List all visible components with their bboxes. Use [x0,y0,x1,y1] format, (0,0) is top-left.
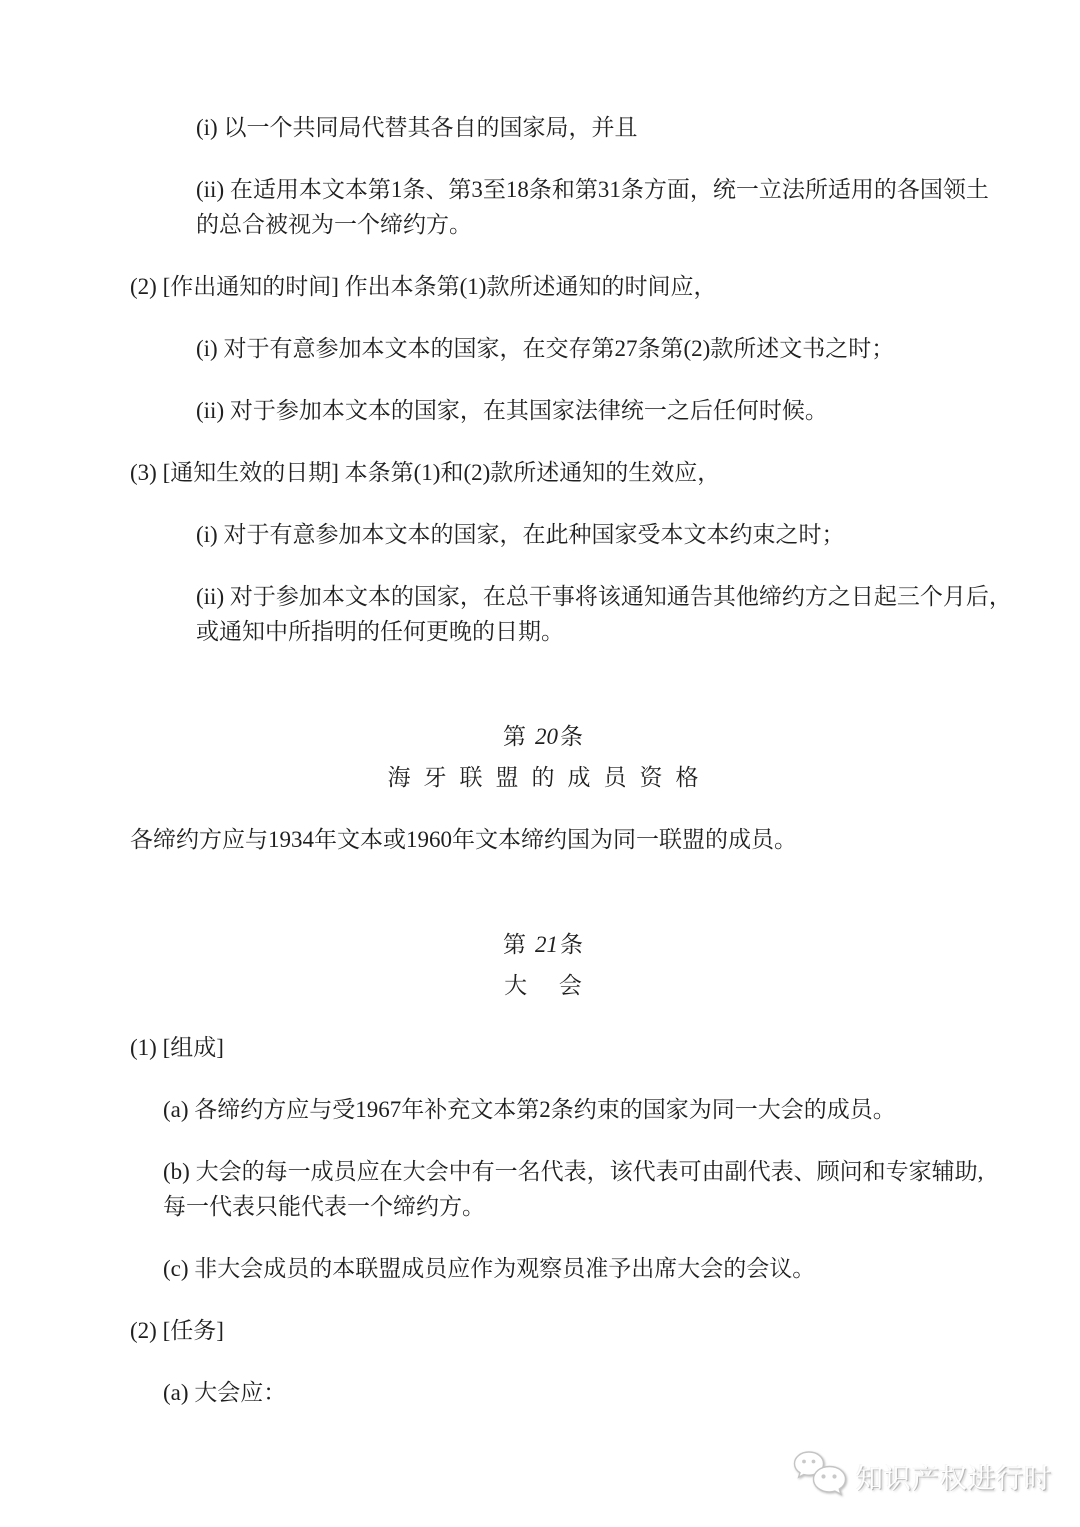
article-title: 海牙联盟的成员资格 [130,760,956,795]
paragraph-line: (b) 大会的每一成员应在大会中有一名代表，该代表可由副代表、顾问和专家辅助, [163,1154,956,1189]
paragraph-line: 每一代表只能代表一个缔约方。 [163,1189,956,1224]
article-number: 第20条 [130,719,956,754]
paragraph-item-i: (i) 对于有意参加本文本的国家，在此种国家受本文本约束之时； [196,517,956,552]
paragraph-line: (i) 以一个共同局代替其各自的国家局，并且 [196,110,956,145]
paragraph-item-a: (a) 大会应： [163,1375,956,1410]
article-20-heading: 第20条 海牙联盟的成员资格 [130,719,956,795]
article-number-prefix: 第 [503,932,526,957]
paragraph-line: (1) [组成] [130,1030,956,1065]
wechat-logo-icon [792,1449,850,1503]
paragraph-line: (2) [任务] [130,1313,956,1348]
paragraph-line: (a) 大会应： [163,1375,956,1410]
paragraph-line: (a) 各缔约方应与受1967年补充文本第2条约束的国家为同一大会的成员。 [163,1092,956,1127]
paragraph-line: (ii) 对于参加本文本的国家，在其国家法律统一之后任何时候。 [196,393,956,428]
article-number-suffix: 条 [560,724,583,749]
paragraph-line: (c) 非大会成员的本联盟成员应作为观察员准予出席大会的会议。 [163,1251,956,1286]
article-number-prefix: 第 [503,724,526,749]
paragraph-body: 各缔约方应与1934年文本或1960年文本缔约国为同一联盟的成员。 [130,822,956,857]
paragraph-line: (ii) 在适用本文本第1条、第3至18条和第31条方面，统一立法所适用的各国领… [196,172,956,207]
article-title: 大 会 [130,968,956,1003]
paragraph-clause-2: (2) [作出通知的时间] 作出本条第(1)款所述通知的时间应， [130,269,956,304]
paragraph-item-c: (c) 非大会成员的本联盟成员应作为观察员准予出席大会的会议。 [163,1251,956,1286]
document-page: (i) 以一个共同局代替其各自的国家局，并且 (ii) 在适用本文本第1条、第3… [0,0,1080,1527]
paragraph-line: (i) 对于有意参加本文本的国家，在此种国家受本文本约束之时； [196,517,956,552]
paragraph-item-ii: (ii) 对于参加本文本的国家，在总干事将该通知通告其他缔约方之日起三个月后， … [196,579,956,649]
watermark: 知识产权进行时 [792,1449,1052,1503]
watermark-text: 知识产权进行时 [856,1457,1052,1496]
paragraph-line: 或通知中所指明的任何更晚的日期。 [196,614,956,649]
article-number-value: 20 [535,724,558,749]
paragraph-item-b: (b) 大会的每一成员应在大会中有一名代表，该代表可由副代表、顾问和专家辅助, … [163,1154,956,1224]
paragraph-line: 的总合被视为一个缔约方。 [196,207,956,242]
paragraph-item-i: (i) 对于有意参加本文本的国家，在交存第27条第(2)款所述文书之时； [196,331,956,366]
paragraph-item-ii: (ii) 对于参加本文本的国家，在其国家法律统一之后任何时候。 [196,393,956,428]
paragraph-line: 各缔约方应与1934年文本或1960年文本缔约国为同一联盟的成员。 [130,822,956,857]
article-number: 第21条 [130,927,956,962]
paragraph-clause-3: (3) [通知生效的日期] 本条第(1)和(2)款所述通知的生效应， [130,455,956,490]
paragraph-line: (2) [作出通知的时间] 作出本条第(1)款所述通知的时间应， [130,269,956,304]
paragraph-clause-1: (1) [组成] [130,1030,956,1065]
paragraph-clause-2-tasks: (2) [任务] [130,1313,956,1348]
paragraph-item-a: (a) 各缔约方应与受1967年补充文本第2条约束的国家为同一大会的成员。 [163,1092,956,1127]
paragraph-line: (i) 对于有意参加本文本的国家，在交存第27条第(2)款所述文书之时； [196,331,956,366]
paragraph-line: (3) [通知生效的日期] 本条第(1)和(2)款所述通知的生效应， [130,455,956,490]
article-number-value: 21 [535,932,558,957]
article-21-heading: 第21条 大 会 [130,927,956,1003]
paragraph-item-i: (i) 以一个共同局代替其各自的国家局，并且 [196,110,956,145]
paragraph-item-ii: (ii) 在适用本文本第1条、第3至18条和第31条方面，统一立法所适用的各国领… [196,172,956,242]
article-number-suffix: 条 [560,932,583,957]
paragraph-line: (ii) 对于参加本文本的国家，在总干事将该通知通告其他缔约方之日起三个月后， [196,579,956,614]
document-body: (i) 以一个共同局代替其各自的国家局，并且 (ii) 在适用本文本第1条、第3… [0,0,1080,1410]
